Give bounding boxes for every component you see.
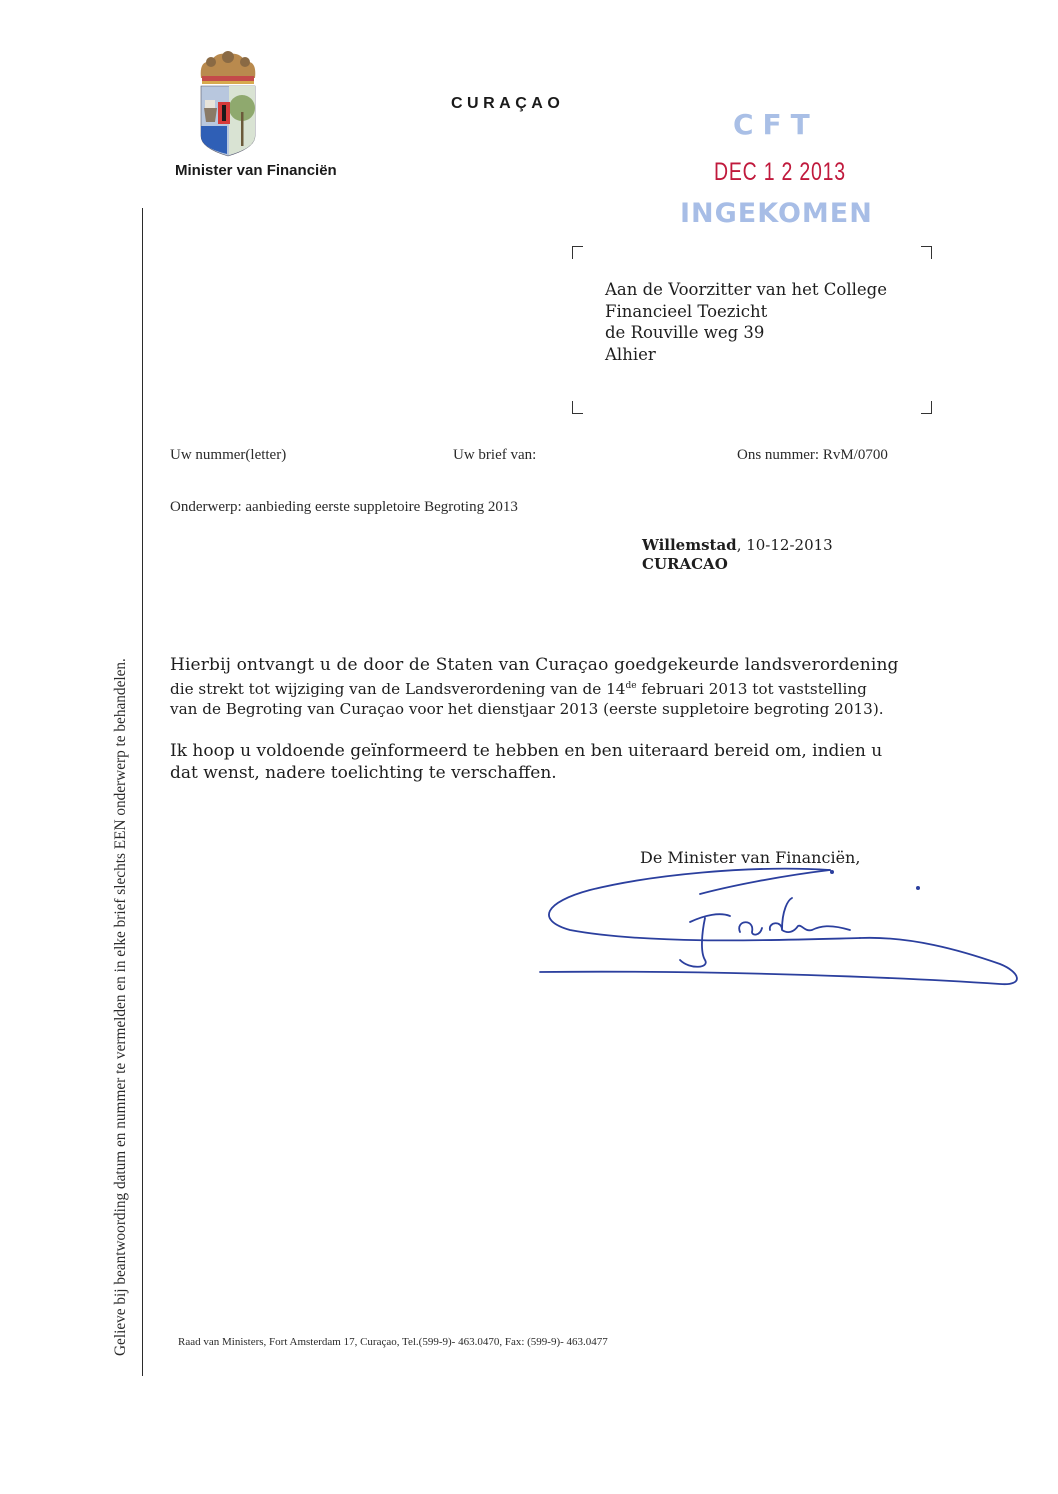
body-paragraph-1: Hierbij ontvangt u de door de Staten van… xyxy=(170,654,940,719)
coat-of-arms-icon xyxy=(193,50,263,158)
your-number-label: Uw nummer(letter) xyxy=(170,447,286,464)
subject-line: Onderwerp: aanbieding eerste suppletoire… xyxy=(170,499,518,516)
body-line: van de Begroting van Curaçao voor het di… xyxy=(170,699,940,719)
your-letter-label: Uw brief van: xyxy=(453,447,536,464)
sender-title: Minister van Financiën xyxy=(175,162,337,179)
place-date: Willemstad, 10-12-2013 CURACAO xyxy=(642,536,833,574)
signature-image xyxy=(530,860,1030,990)
margin-instruction-note: Gelieve bij beantwoording datum en numme… xyxy=(103,656,139,1358)
stamp-status: INGEKOMEN xyxy=(680,198,873,229)
recipient-line: de Rouville weg 39 xyxy=(605,322,887,344)
stamp-date: DEC 1 2 2013 xyxy=(714,158,846,187)
recipient-address: Aan de Voorzitter van het College Financ… xyxy=(605,279,887,365)
body-line: Hierbij ontvangt u de door de Staten van… xyxy=(170,654,940,676)
letterhead-country: CURAÇAO xyxy=(451,95,564,113)
recipient-line: Alhier xyxy=(605,344,887,366)
recipient-line: Aan de Voorzitter van het College xyxy=(605,279,887,301)
recipient-line: Financieel Toezicht xyxy=(605,301,887,323)
address-corner-bottom-left xyxy=(572,401,583,414)
date: , 10-12-2013 xyxy=(737,536,833,554)
footer-address: Raad van Ministers, Fort Amsterdam 17, C… xyxy=(178,1336,608,1348)
body-paragraph-2: Ik hoop u voldoende geïnformeerd te hebb… xyxy=(170,740,882,784)
body-line: dat wenst, nadere toelichting te verscha… xyxy=(170,762,882,784)
margin-rule xyxy=(142,208,143,1376)
our-number: Ons nummer: RvM/0700 xyxy=(737,447,888,464)
address-corner-top-right xyxy=(921,246,932,259)
body-line: Ik hoop u voldoende geïnformeerd te hebb… xyxy=(170,740,882,762)
place: Willemstad xyxy=(642,536,737,554)
stamp-organization: CFT xyxy=(733,108,819,141)
body-line: die strekt tot wijziging van de Landsver… xyxy=(170,676,940,699)
address-corner-top-left xyxy=(572,246,583,259)
address-corner-bottom-right xyxy=(921,401,932,414)
place-country: CURACAO xyxy=(642,555,728,573)
